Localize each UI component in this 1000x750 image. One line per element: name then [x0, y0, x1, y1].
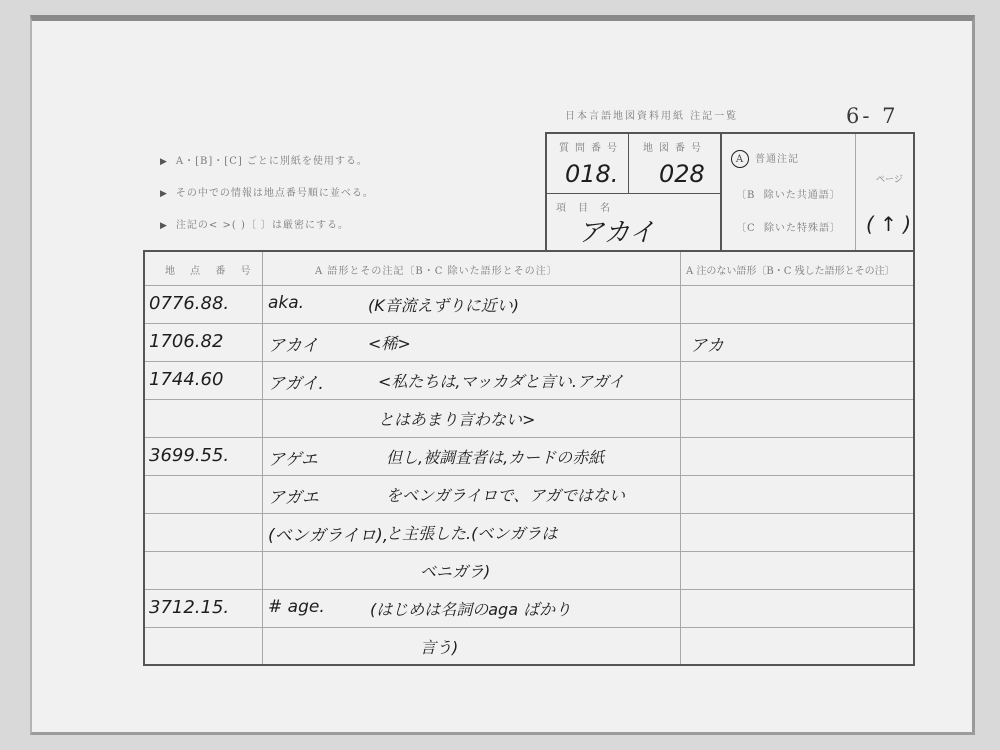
row-line — [145, 513, 913, 514]
row-line — [145, 361, 913, 362]
header-divider-left-categories — [720, 132, 722, 250]
bullet-triangle-icon: ▶ — [160, 157, 168, 167]
header-divider-page — [855, 134, 856, 250]
category-a-option[interactable]: A普通注記 — [731, 150, 799, 168]
point-number-cell: 1744.60 — [149, 369, 223, 390]
annotation-cell: 言う) — [420, 635, 458, 658]
question-number-value: 018. — [565, 160, 618, 188]
question-number-label: 質問番号 — [559, 139, 623, 154]
row-line — [145, 589, 913, 590]
annotation-cell: をベンガライロで、アガではない — [386, 483, 625, 506]
row-line — [145, 399, 913, 400]
header-box-left-border — [545, 132, 547, 250]
header-box-right-border — [913, 132, 915, 250]
item-name-value: アカイ — [578, 212, 655, 249]
row-line — [145, 627, 913, 628]
plain-form-cell: アカ — [690, 331, 724, 356]
map-number-value: 028 — [659, 160, 705, 188]
point-number-cell: 3699.55. — [149, 445, 229, 466]
point-number-cell: 3712.15. — [149, 597, 229, 618]
point-number-cell: 1706.82 — [149, 331, 223, 352]
row-line — [145, 437, 913, 438]
page-value: ( ↑ ) — [866, 212, 911, 236]
header-divider-item-row — [545, 193, 721, 194]
category-c-option[interactable]: 〔C 除いた特殊語〕 — [736, 219, 841, 234]
map-number-label: 地図番号 — [643, 139, 707, 154]
bullet-triangle-icon: ▶ — [160, 189, 168, 199]
annotation-cell: と主張した.(ベンガラは — [386, 521, 557, 544]
point-number-cell: 0776.88. — [149, 293, 229, 314]
annotation-cell: (はじめは名詞のaga ばかり — [370, 597, 571, 620]
column-divider-2 — [680, 252, 681, 664]
column-header-form-with-note: A 語形とその注記〔B・C 除いた語形とその注〕 — [315, 262, 558, 277]
table-right-border — [913, 250, 915, 666]
form-title: 日本言語地図資料用紙 注記一覧 — [565, 107, 738, 122]
category-b-option[interactable]: 〔B 除いた共通語〕 — [736, 186, 841, 201]
instruction-3: ▶注記の< >( )〔 〕は厳密にする。 — [160, 216, 349, 231]
annotation-cell: とはあまり言わない> — [378, 407, 535, 430]
row-line — [145, 285, 913, 286]
word-form-cell: アゲエ — [268, 445, 318, 470]
sheet-number: 6- 7 — [846, 104, 899, 128]
instruction-2: ▶その中での情報は地点番号順に並べる。 — [160, 184, 374, 199]
row-line — [145, 475, 913, 476]
column-header-point-number: 地 点 番 号 — [165, 262, 257, 277]
row-line — [145, 551, 913, 552]
word-form-cell: アガエ — [268, 483, 319, 508]
row-line — [145, 323, 913, 324]
table-top-border — [143, 250, 915, 252]
word-form-cell: アガイ. — [268, 369, 324, 394]
column-divider-1 — [262, 252, 263, 664]
annotation-cell: <私たちは,マッカダと言い.アガイ — [378, 369, 624, 392]
annotation-cell: (K音流えずりに近い) — [368, 293, 519, 316]
bullet-triangle-icon: ▶ — [160, 221, 168, 231]
annotation-cell: ベニガラ) — [420, 559, 490, 582]
word-form-cell: (ベンガライロ), — [268, 521, 388, 546]
annotation-cell: <稀> — [368, 331, 411, 354]
instruction-1: ▶A・[B]・[C] ごとに別紙を使用する。 — [160, 152, 368, 167]
table-bottom-border — [143, 664, 915, 666]
header-divider-question-map — [628, 132, 629, 193]
annotation-cell: 但し,被調査者は,カードの赤紙 — [386, 445, 604, 468]
selected-circle-mark: A — [731, 150, 749, 168]
word-form-cell: aka. — [268, 293, 304, 313]
page-label: ページ — [876, 172, 903, 185]
word-form-cell: アカイ — [268, 331, 318, 356]
header-box-top-border — [545, 132, 915, 134]
word-form-cell: # age. — [268, 597, 325, 617]
table-left-border — [143, 250, 145, 666]
column-header-form-without-note: A 注のない語形〔B・C 残した語形とその注〕 — [686, 262, 895, 277]
